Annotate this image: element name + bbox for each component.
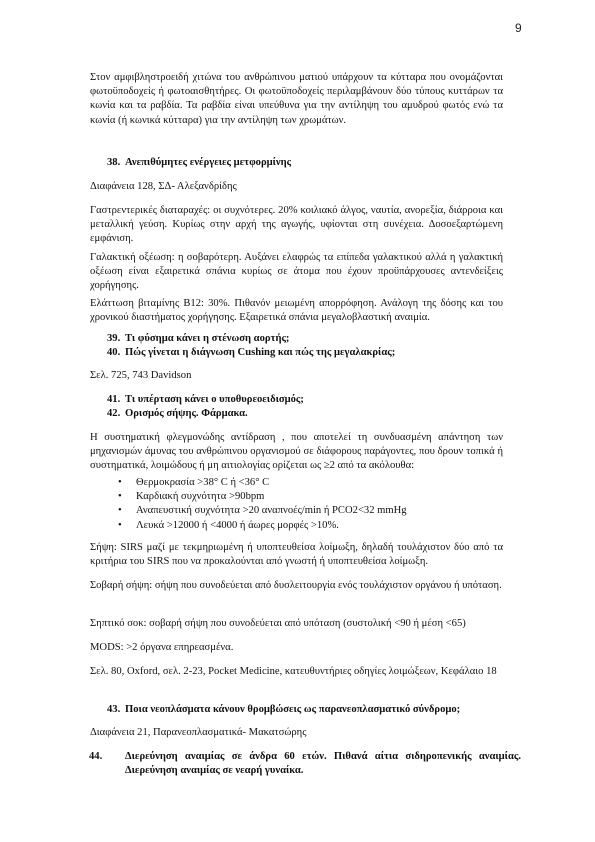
septic-shock-definition: Σηπτικό σοκ: σοβαρή σήψη που συνοδεύεται…	[90, 617, 503, 631]
question-number: 42.	[107, 407, 125, 421]
list-item: •Λευκά >12000 ή <4000 ή άωρες μορφές >10…	[90, 519, 503, 533]
question-38-paragraph-3: Ελάττωση βιταμίνης Β12: 30%. Πιθανόν μει…	[90, 297, 503, 325]
list-item: •Αναπευστική συχνότητα >20 αναπνοές/min …	[90, 504, 503, 518]
question-number: 40.	[107, 346, 125, 360]
question-42-heading: 42.Ορισμός σήψης. Φάρμακα.	[107, 407, 503, 421]
question-41-heading: 41.Τι υπέρταση κάνει ο υποθυρεοειδισμός;	[107, 393, 503, 407]
sirs-definition: Η συστηματική φλεγμονώδης αντίδραση , πο…	[90, 431, 503, 474]
bullet-icon: •	[118, 519, 122, 533]
sepsis-definition: Σήψη: SIRS μαζί με τεκμηριωμένη ή υποπτε…	[90, 541, 503, 569]
question-38-paragraph-1: Γαστρεντερικές διαταραχές: οι συχνότερες…	[90, 204, 503, 247]
question-title: Ανεπιθύμητες ενέργειες μετφορμίνης	[125, 157, 291, 168]
question-38-heading: 38.Ανεπιθύμητες ενέργειες μετφορμίνης	[107, 156, 503, 170]
sirs-criteria-list: •Θερμοκρασία >38° C ή <36° C •Καρδιακή σ…	[90, 476, 503, 533]
question-title: Τι φύσημα κάνει η στένωση αορτής;	[125, 333, 289, 344]
question-number: 44.	[107, 750, 125, 764]
bullet-icon: •	[118, 476, 122, 490]
question-title: Διερεύνηση αναιμίας σε άνδρα 60 ετών. Πι…	[125, 751, 521, 776]
question-38-source: Διαφάνεια 128, ΣΔ- Αλεξανδρίδης	[90, 180, 503, 194]
question-number: 43.	[107, 703, 125, 717]
reference-39-40: Σελ. 725, 743 Davidson	[90, 369, 503, 383]
question-40-heading: 40.Πώς γίνεται η διάγνωση Cushing και πώ…	[107, 346, 503, 360]
question-title: Ορισμός σήψης. Φάρμακα.	[125, 408, 248, 419]
question-43-source: Διαφάνεια 21, Παρανεοπλασματικά- Μακατσώ…	[90, 726, 503, 740]
question-number: 41.	[107, 393, 125, 407]
mods-definition: MODS: >2 όργανα επηρεασμένα.	[90, 641, 503, 655]
question-title: Ποια νεοπλάσματα κάνουν θρομβώσεις ως πα…	[125, 704, 460, 715]
question-title: Τι υπέρταση κάνει ο υποθυρεοειδισμός;	[125, 394, 304, 405]
severe-sepsis-definition: Σοβαρή σήψη: σήψη που συνοδεύεται από δυ…	[90, 579, 503, 593]
question-42-reference: Σελ. 80, Oxford, σελ. 2-23, Pocket Medic…	[90, 665, 503, 679]
page-number: 9	[515, 21, 522, 35]
bullet-icon: •	[118, 490, 122, 504]
question-38-paragraph-2: Γαλακτική οξέωση: η σοβαρότερη. Αυξάνει …	[90, 251, 503, 294]
list-item: •Θερμοκρασία >38° C ή <36° C	[90, 476, 503, 490]
intro-paragraph: Στον αμφιβληστροειδή χιτώνα του ανθρώπιν…	[90, 71, 503, 128]
bullet-icon: •	[118, 504, 122, 518]
list-item: •Καρδιακή συχνότητα >90bpm	[90, 490, 503, 504]
question-title: Πώς γίνεται η διάγνωση Cushing και πώς τ…	[125, 347, 395, 358]
question-43-heading: 43.Ποια νεοπλάσματα κάνουν θρομβώσεις ως…	[107, 703, 503, 717]
question-44-heading: 44.Διερεύνηση αναιμίας σε άνδρα 60 ετών.…	[107, 750, 521, 778]
question-number: 38.	[107, 156, 125, 170]
question-number: 39.	[107, 332, 125, 346]
question-39-heading: 39.Τι φύσημα κάνει η στένωση αορτής;	[107, 332, 503, 346]
